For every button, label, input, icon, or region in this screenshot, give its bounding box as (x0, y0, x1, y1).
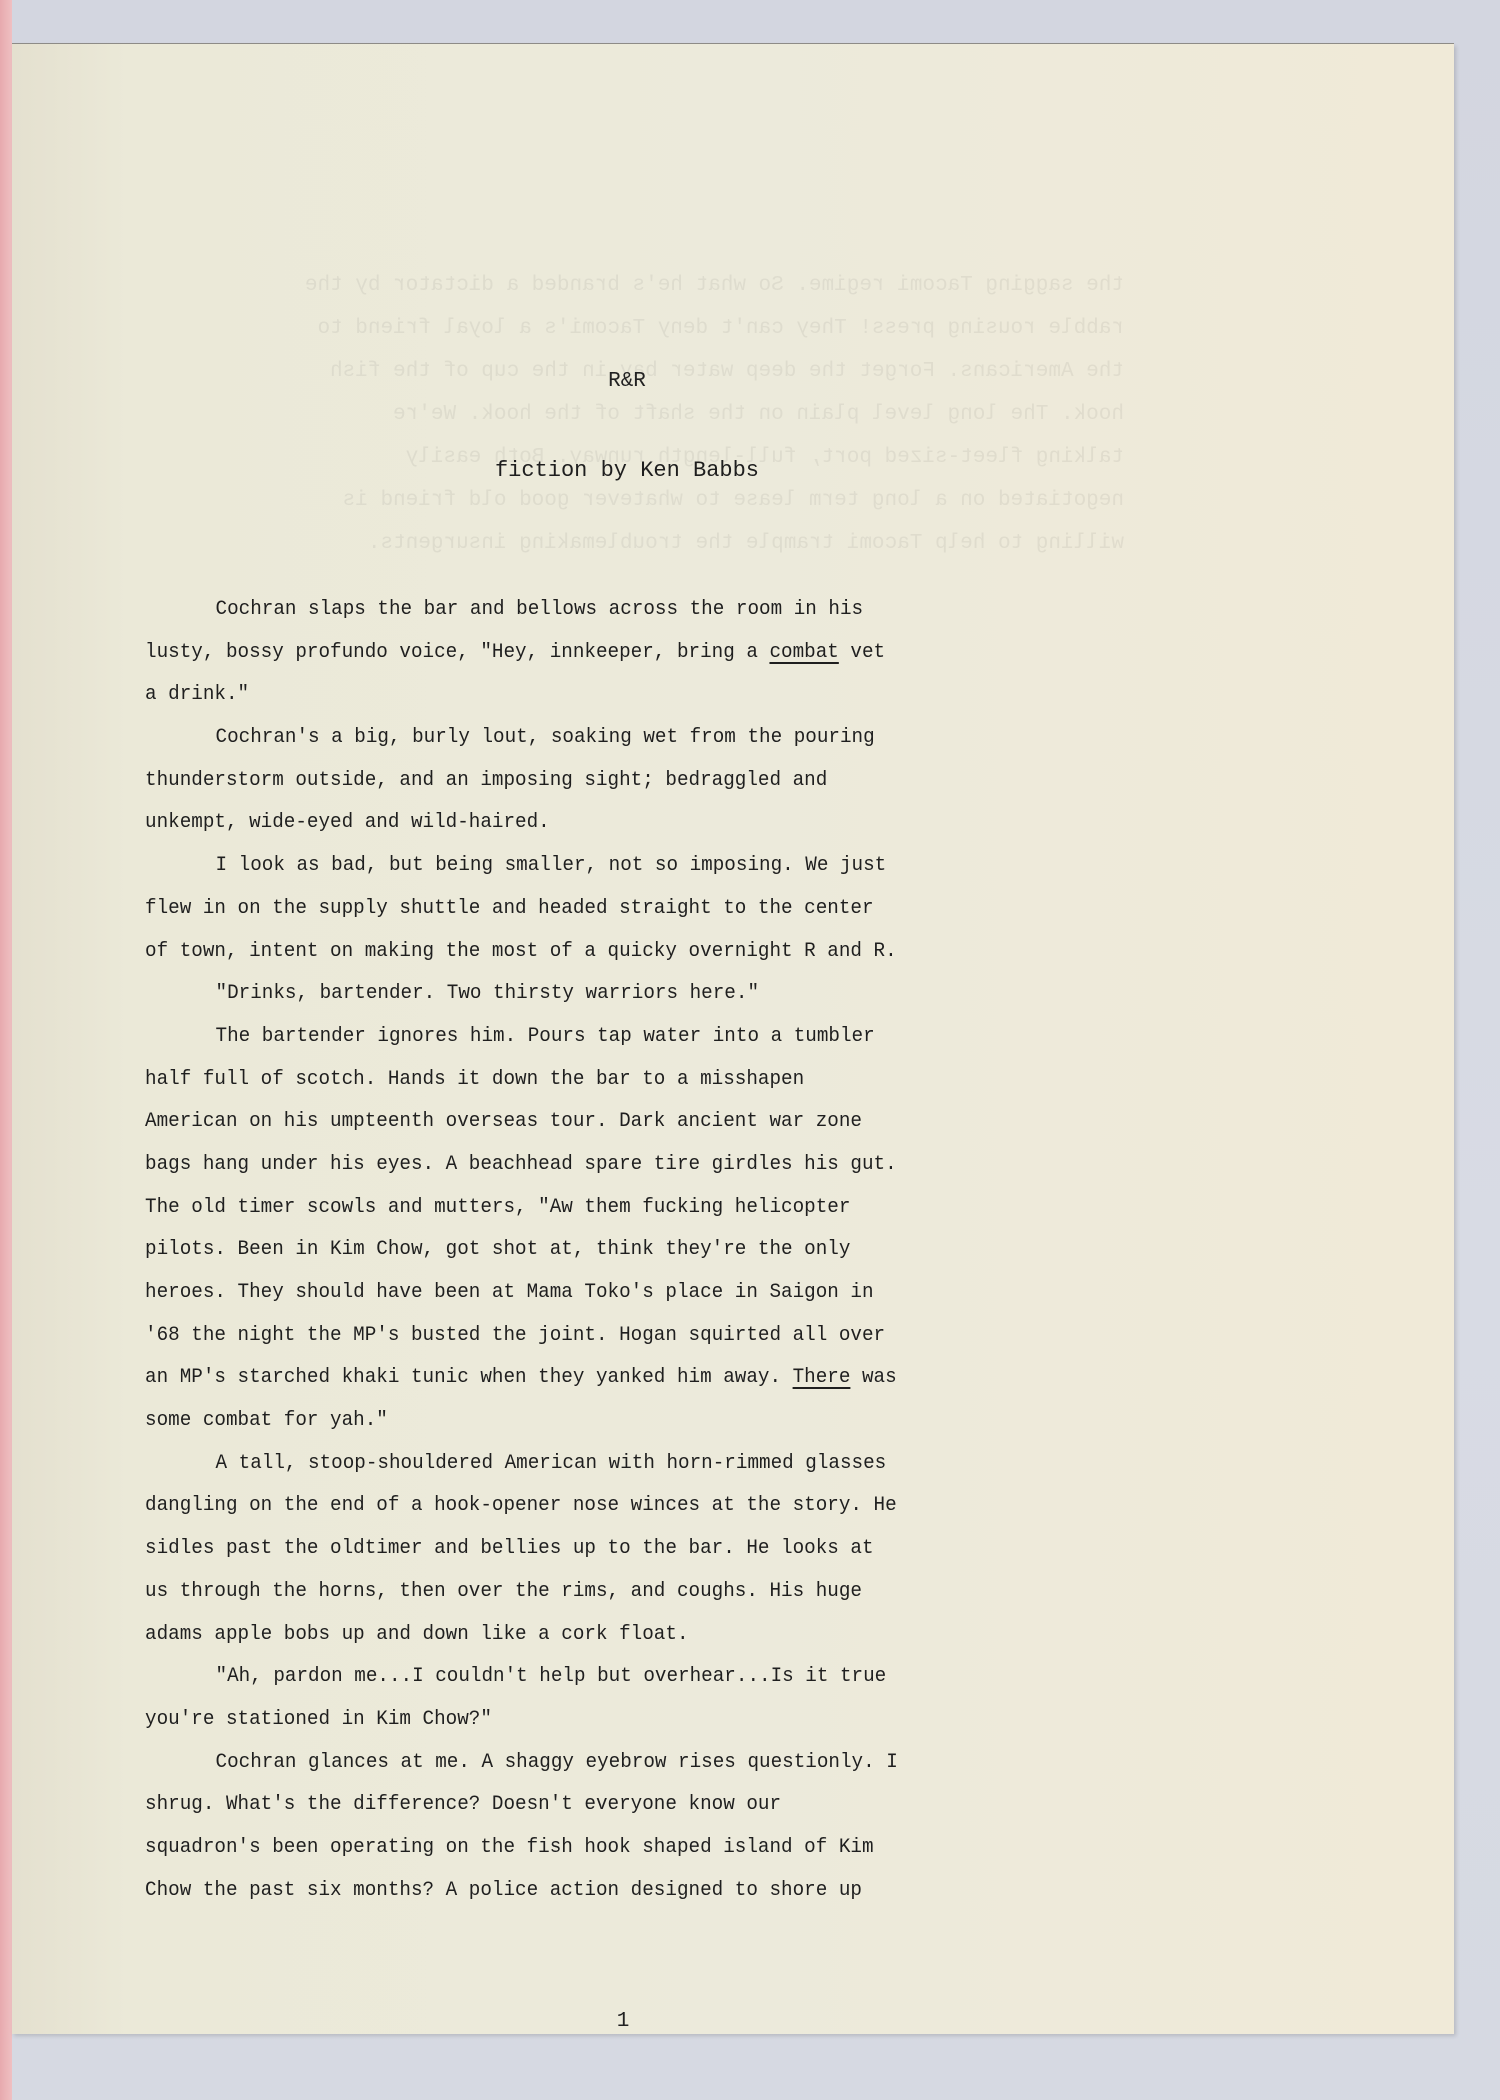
text-segment: Chow the past six months? A police actio… (145, 1879, 862, 1902)
text-line: of town, intent on making the most of a … (145, 931, 1085, 974)
text-segment: adams apple bobs up and down like a cork… (145, 1623, 689, 1646)
text-segment: Cochran's a big, burly lout, soaking wet… (216, 726, 875, 749)
text-segment: half full of scotch. Hands it down the b… (145, 1068, 804, 1091)
text-segment: sidles past the oldtimer and bellies up … (145, 1537, 874, 1560)
text-line: a drink." (145, 674, 1085, 717)
text-segment: The bartender ignores him. Pours tap wat… (216, 1025, 875, 1048)
text-line: A tall, stoop-shouldered American with h… (145, 1443, 1085, 1486)
underlined-word: There (793, 1366, 851, 1389)
text-line: some combat for yah." (145, 1400, 1085, 1443)
text-segment: you're stationed in Kim Chow?" (145, 1708, 492, 1731)
text-line: lusty, bossy profundo voice, "Hey, innke… (145, 632, 1085, 675)
text-line: Cochran glances at me. A shaggy eyebrow … (145, 1742, 1085, 1785)
text-segment: bags hang under his eyes. A beachhead sp… (145, 1153, 897, 1176)
text-line: dangling on the end of a hook-opener nos… (145, 1485, 1085, 1528)
text-line: American on his umpteenth overseas tour.… (145, 1101, 1085, 1144)
text-line: flew in on the supply shuttle and headed… (145, 888, 1085, 931)
text-line: half full of scotch. Hands it down the b… (145, 1059, 1085, 1102)
text-line: sidles past the oldtimer and bellies up … (145, 1528, 1085, 1571)
text-line: adams apple bobs up and down like a cork… (145, 1614, 1085, 1657)
page-number: 1 (608, 2010, 638, 2033)
text-segment: vet (839, 641, 885, 664)
text-segment: heroes. They should have been at Mama To… (145, 1281, 874, 1304)
text-line: Chow the past six months? A police actio… (145, 1870, 1085, 1913)
text-segment: American on his umpteenth overseas tour.… (145, 1110, 862, 1133)
text-segment: of town, intent on making the most of a … (145, 940, 897, 963)
text-line: shrug. What's the difference? Doesn't ev… (145, 1784, 1085, 1827)
text-segment: an MP's starched khaki tunic when they y… (145, 1366, 793, 1389)
text-segment: shrug. What's the difference? Doesn't ev… (145, 1793, 781, 1816)
text-segment: Cochran glances at me. A shaggy eyebrow … (216, 1751, 898, 1774)
text-segment: The old timer scowls and mutters, "Aw th… (145, 1196, 850, 1219)
text-segment: thunderstorm outside, and an imposing si… (145, 769, 827, 792)
story-byline: fiction by Ken Babbs (12, 458, 1242, 483)
text-line: The old timer scowls and mutters, "Aw th… (145, 1187, 1085, 1230)
text-segment: us through the horns, then over the rims… (145, 1580, 862, 1603)
text-line: heroes. They should have been at Mama To… (145, 1272, 1085, 1315)
text-segment: "Ah, pardon me...I couldn't help but ove… (216, 1665, 887, 1688)
text-segment: lusty, bossy profundo voice, "Hey, innke… (145, 641, 769, 664)
text-line: I look as bad, but being smaller, not so… (145, 845, 1085, 888)
text-line: thunderstorm outside, and an imposing si… (145, 760, 1085, 803)
text-segment: '68 the night the MP's busted the joint.… (145, 1324, 885, 1347)
text-segment: Cochran slaps the bar and bellows across… (216, 598, 864, 621)
text-segment: unkempt, wide-eyed and wild-haired. (145, 811, 550, 834)
text-line: you're stationed in Kim Chow?" (145, 1699, 1085, 1742)
story-title: R&R (12, 370, 1242, 393)
text-line: The bartender ignores him. Pours tap wat… (145, 1016, 1085, 1059)
text-segment: was (850, 1366, 896, 1389)
story-body: Cochran slaps the bar and bellows across… (145, 589, 1085, 1912)
text-segment: a drink." (145, 683, 249, 706)
text-line: us through the horns, then over the rims… (145, 1571, 1085, 1614)
text-line: Cochran slaps the bar and bellows across… (145, 589, 1085, 632)
text-line: bags hang under his eyes. A beachhead sp… (145, 1144, 1085, 1187)
text-line: Cochran's a big, burly lout, soaking wet… (145, 717, 1085, 760)
text-line: pilots. Been in Kim Chow, got shot at, t… (145, 1229, 1085, 1272)
text-segment: A tall, stoop-shouldered American with h… (216, 1452, 887, 1475)
text-line: "Ah, pardon me...I couldn't help but ove… (145, 1656, 1085, 1699)
text-line: '68 the night the MP's busted the joint.… (145, 1315, 1085, 1358)
adjacent-page-edge (0, 0, 12, 2100)
text-segment: some combat for yah." (145, 1409, 388, 1432)
text-segment: flew in on the supply shuttle and headed… (145, 897, 874, 920)
text-segment: squadron's been operating on the fish ho… (145, 1836, 874, 1859)
document-page: the sagging Tacomi regime. So what he's … (12, 44, 1454, 2034)
text-line: an MP's starched khaki tunic when they y… (145, 1357, 1085, 1400)
text-line: squadron's been operating on the fish ho… (145, 1827, 1085, 1870)
underlined-word: combat (769, 641, 838, 664)
text-segment: dangling on the end of a hook-opener nos… (145, 1494, 897, 1517)
text-segment: I look as bad, but being smaller, not so… (216, 854, 887, 877)
text-segment: "Drinks, bartender. Two thirsty warriors… (216, 982, 760, 1005)
text-line: "Drinks, bartender. Two thirsty warriors… (145, 973, 1085, 1016)
text-line: unkempt, wide-eyed and wild-haired. (145, 802, 1085, 845)
text-segment: pilots. Been in Kim Chow, got shot at, t… (145, 1238, 850, 1261)
